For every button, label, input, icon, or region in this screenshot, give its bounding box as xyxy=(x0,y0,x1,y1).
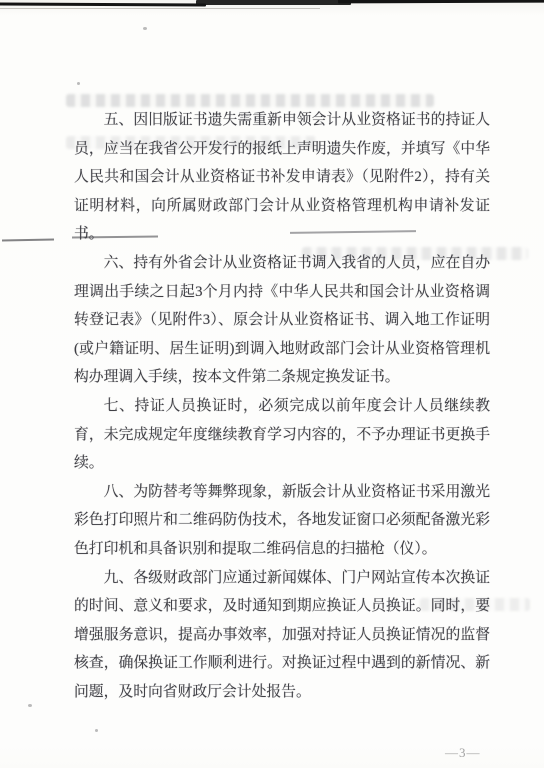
page-number: —3— xyxy=(445,745,481,761)
scan-line-artifact xyxy=(2,239,54,242)
scan-top-edge-line xyxy=(0,8,320,9)
scanned-document-page: 五、因旧版证书遗失需重新申领会计从业资格证书的持证人员，应当在我省公开发行的报纸… xyxy=(0,0,544,768)
paragraph-item-7: 七、持证人员换证时，必须完成以前年度会计人员继续教育，未完成规定年度继续教育学习… xyxy=(74,392,490,478)
ink-speck xyxy=(143,27,147,30)
ink-speck xyxy=(77,82,80,85)
scan-top-edge-artifact xyxy=(0,3,206,7)
paragraph-item-8: 八、为防替考等舞弊现象，新版会计从业资格证书采用激光彩色打印照片和二维码防伪技术… xyxy=(74,478,490,564)
paragraph-item-6: 六、持有外省会计从业资格证书调入我省的人员，应在自办理调出手续之日起3个月内持《… xyxy=(74,249,490,392)
ink-speck xyxy=(28,704,32,707)
scan-top-edge-artifact xyxy=(338,0,544,3)
document-body: 五、因旧版证书遗失需重新申领会计从业资格证书的持证人员，应当在我省公开发行的报纸… xyxy=(74,106,490,706)
paragraph-item-5: 五、因旧版证书遗失需重新申领会计从业资格证书的持证人员，应当在我省公开发行的报纸… xyxy=(74,106,490,249)
scan-top-edge-artifact xyxy=(196,0,351,5)
ink-speck xyxy=(95,729,98,732)
paragraph-item-9: 九、各级财政部门应通过新闻媒体、门户网站宣传本次换证的时间、意义和要求，及时通知… xyxy=(74,564,490,707)
